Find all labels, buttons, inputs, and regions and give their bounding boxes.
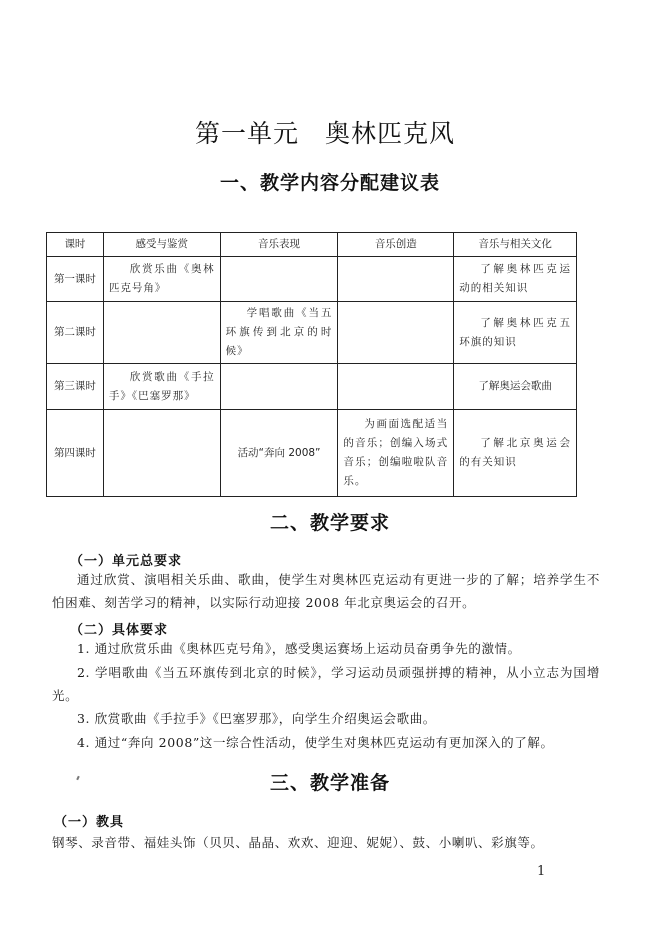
requirement-item-4: 4. 通过“奔向 2008”这一综合性活动，使学生对奥林匹克运动有更加深入的了解…: [52, 731, 600, 754]
cell-culture: 了解奥运会歌曲: [454, 364, 577, 410]
cell-appreciation: [103, 302, 220, 364]
paragraph-overall-requirements: 通过欣赏、演唱相关乐曲、歌曲，使学生对奥林匹克运动有更进一步的了解；培养学生不怕…: [52, 568, 600, 614]
cell-performance: 学唱歌曲《当五环旗传到北京的时候》: [220, 302, 338, 364]
subheading-specific-requirements: （二）具体要求: [70, 619, 168, 638]
unit-number: 第一单元: [195, 119, 299, 148]
header-performance: 音乐表现: [220, 233, 338, 257]
lesson-allocation-table: 课时 感受与鉴赏 音乐表现 音乐创造 音乐与相关文化 第一课时 欣赏乐曲《奥林匹…: [46, 232, 577, 497]
cell-culture: 了解北京奥运会的有关知识: [454, 410, 577, 497]
header-lesson: 课时: [47, 233, 104, 257]
requirement-item-2: 2. 学唱歌曲《当五环旗传到北京的时候》，学习运动员顽强拼搏的精神，从小立志为国…: [52, 661, 600, 707]
table-row: 第四课时 活动“奔向 2008” 为画面选配适当的音乐；创编入场式音乐；创编啦啦…: [47, 410, 577, 497]
cell-creation: [338, 302, 454, 364]
cell-appreciation: 欣赏乐曲《奥林匹克号角》: [103, 257, 220, 302]
cell-performance: [220, 257, 338, 302]
unit-title: 第一单元奥林匹克风: [0, 114, 650, 150]
page-number: 1: [537, 864, 545, 879]
section-title-preparation: 三、教学准备: [0, 768, 650, 795]
cell-culture: 了解奥林匹克运动的相关知识: [454, 257, 577, 302]
paragraph-teaching-aids: 钢琴、录音带、福娃头饰（贝贝、晶晶、欢欢、迎迎、妮妮）、鼓、小喇叭、彩旗等。: [52, 831, 600, 854]
cell-creation: [338, 364, 454, 410]
header-appreciation: 感受与鉴赏: [103, 233, 220, 257]
table-row: 第二课时 学唱歌曲《当五环旗传到北京的时候》 了解奥林匹克五环旗的知识: [47, 302, 577, 364]
cell-lesson: 第三课时: [47, 364, 104, 410]
cell-appreciation: 欣赏歌曲《手拉手》《巴塞罗那》: [103, 364, 220, 410]
cell-creation: [338, 257, 454, 302]
cell-performance: 活动“奔向 2008”: [220, 410, 338, 497]
table-row: 第一课时 欣赏乐曲《奥林匹克号角》 了解奥林匹克运动的相关知识: [47, 257, 577, 302]
header-creation: 音乐创造: [338, 233, 454, 257]
cell-lesson: 第二课时: [47, 302, 104, 364]
cell-performance: [220, 364, 338, 410]
section-title-allocation: 一、教学内容分配建议表: [0, 168, 650, 195]
cell-culture: 了解奥林匹克五环旗的知识: [454, 302, 577, 364]
table-header-row: 课时 感受与鉴赏 音乐表现 音乐创造 音乐与相关文化: [47, 233, 577, 257]
requirement-item-1: 1. 通过欣赏乐曲《奥林匹克号角》，感受奥运赛场上运动员奋勇争先的激情。: [52, 637, 600, 660]
cell-lesson: 第四课时: [47, 410, 104, 497]
subheading-overall-requirements: （一）单元总要求: [70, 550, 182, 569]
table-row: 第三课时 欣赏歌曲《手拉手》《巴塞罗那》 了解奥运会歌曲: [47, 364, 577, 410]
header-culture: 音乐与相关文化: [454, 233, 577, 257]
unit-name: 奥林匹克风: [325, 119, 455, 148]
section-title-requirements: 二、教学要求: [0, 508, 650, 535]
subheading-teaching-aids: （一）教具: [54, 811, 124, 830]
cell-creation: 为画面选配适当的音乐；创编入场式音乐；创编啦啦队音乐。: [338, 410, 454, 497]
cell-lesson: 第一课时: [47, 257, 104, 302]
cell-appreciation: [103, 410, 220, 497]
requirement-item-3: 3. 欣赏歌曲《手拉手》《巴塞罗那》，向学生介绍奥运会歌曲。: [52, 707, 600, 730]
